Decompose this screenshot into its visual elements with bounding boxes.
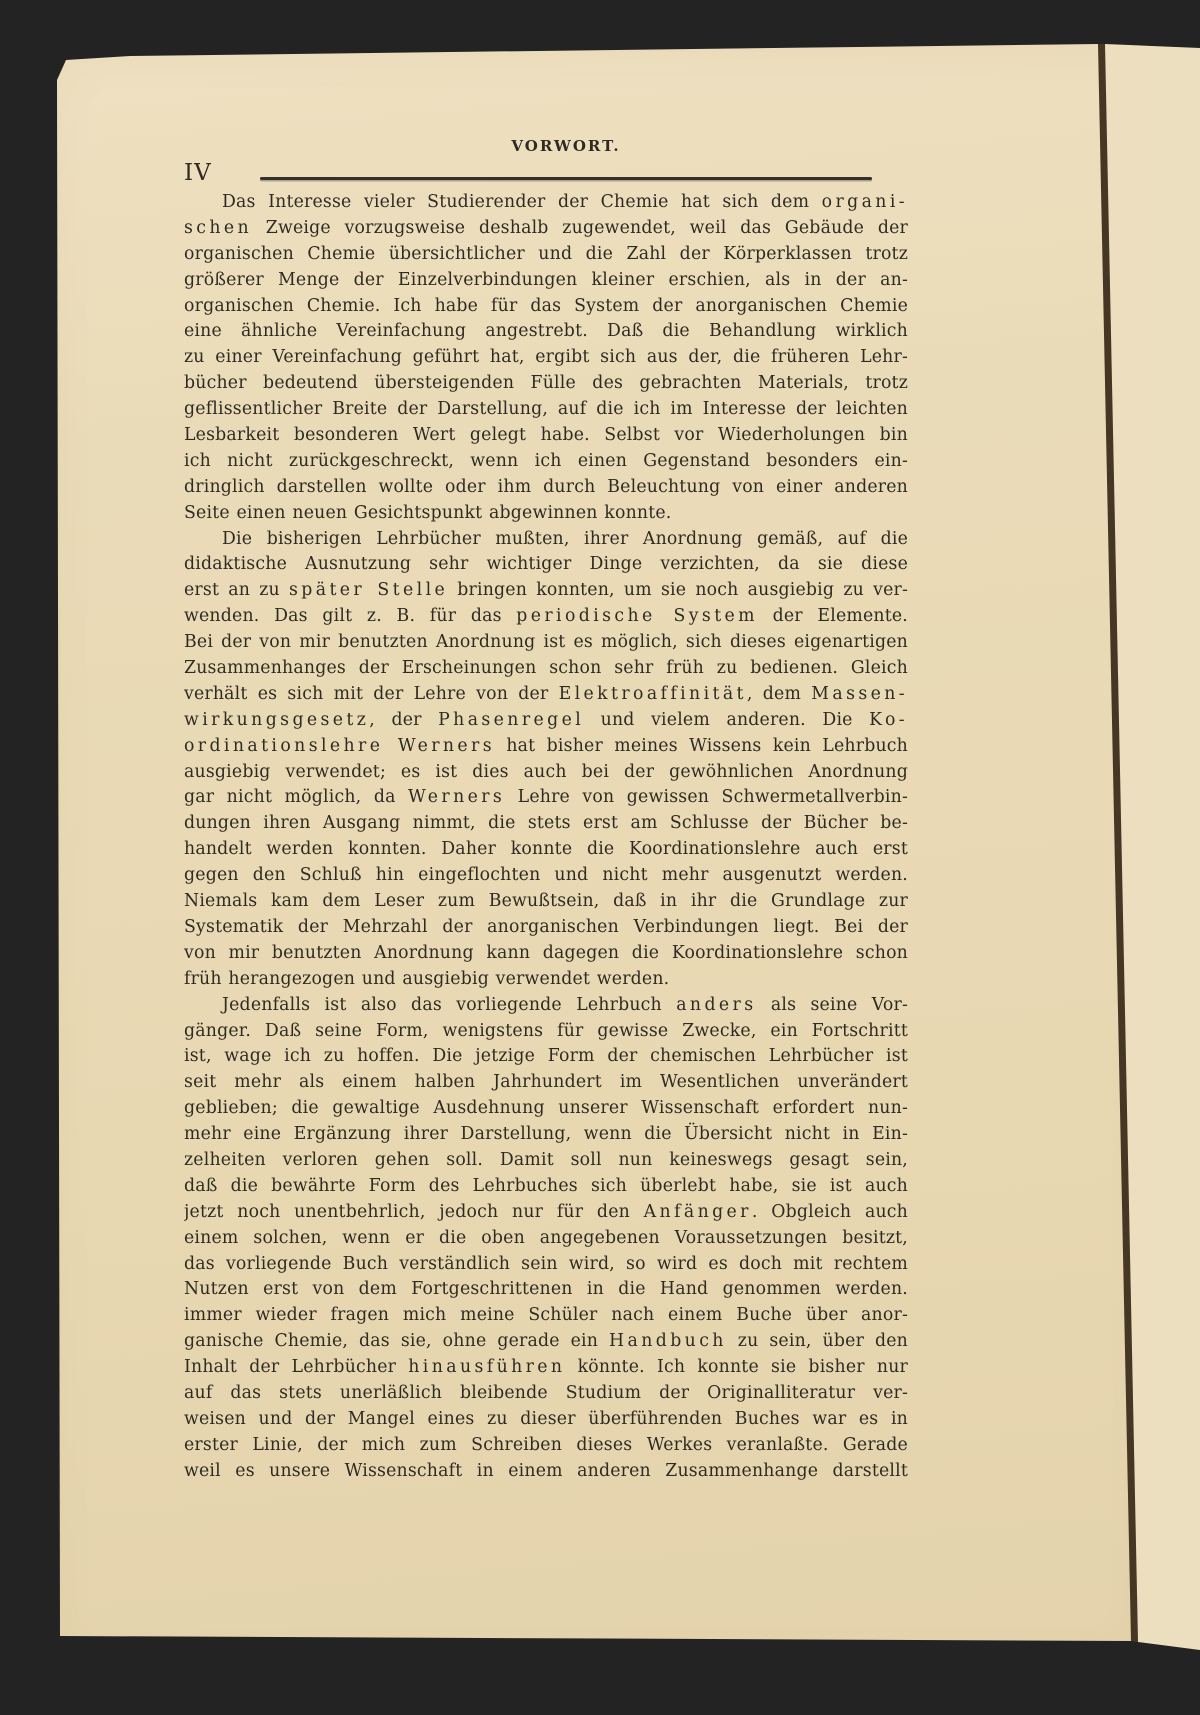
text-segment: weil es unsere Wissenschaft in einem and… xyxy=(184,1461,908,1481)
text-line: daß die bewährte Form des Lehrbuches sic… xyxy=(184,1174,908,1200)
text-line: Niemals kam dem Leser zum Bewußtsein, da… xyxy=(184,889,908,915)
text-segment: Systematik der Mehrzahl der anorganische… xyxy=(184,917,908,937)
text-segment: daß die bewährte Form des Lehrbuches sic… xyxy=(184,1176,908,1196)
text-segment: gänger. Daß seine Form, wenigstens für g… xyxy=(184,1021,908,1041)
text-segment: Zusammenhanges der Erscheinungen schon s… xyxy=(184,658,908,678)
text-segment: dungen ihren Ausgang nimmt, die stets er… xyxy=(184,813,908,833)
text-line: Jedenfalls ist also das vorliegende Lehr… xyxy=(184,993,908,1019)
text-segment: Bei der von mir benutzten Anordnung ist … xyxy=(184,632,908,652)
text-segment: geblieben; die gewaltige Ausdehnung unse… xyxy=(184,1098,908,1118)
text-segment: als seine Vor- xyxy=(757,995,909,1015)
text-line: seit mehr als einem halben Jahrhundert i… xyxy=(184,1070,908,1096)
text-segment: erst an zu xyxy=(184,580,289,600)
letterspaced-text: anders xyxy=(676,995,756,1015)
text-segment: der Elemente. xyxy=(758,606,908,626)
text-segment: ausgiebig verwendet; es ist dies auch be… xyxy=(184,762,908,782)
text-line: Die bisherigen Lehrbücher mußten, ihrer … xyxy=(184,527,908,553)
text-segment: Nutzen erst von dem Fortgeschrittenen in… xyxy=(184,1279,908,1299)
running-title: VORWORT. xyxy=(260,137,872,155)
page-number: IV xyxy=(184,160,212,186)
text-segment: zelheiten verloren gehen soll. Damit sol… xyxy=(184,1150,908,1170)
text-line: jetzt noch unentbehrlich, jedoch nur für… xyxy=(184,1200,908,1226)
text-segment: Die bisherigen Lehrbücher mußten, ihrer … xyxy=(222,529,908,549)
text-segment: Jedenfalls ist also das vorliegende Lehr… xyxy=(222,995,676,1015)
text-line: organischen Chemie. Ich habe für das Sys… xyxy=(184,294,908,320)
text-line: dungen ihren Ausgang nimmt, die stets er… xyxy=(184,811,908,837)
text-segment: eine ähnliche Vereinfachung angestrebt. … xyxy=(184,321,908,341)
text-segment: früh herangezogen und ausgiebig verwende… xyxy=(184,969,669,989)
letterspaced-text: Werners xyxy=(408,787,505,807)
text-segment: Niemals kam dem Leser zum Bewußtsein, da… xyxy=(184,891,908,911)
text-line: früh herangezogen und ausgiebig verwende… xyxy=(184,967,908,993)
letterspaced-text: wirkungsgesetz xyxy=(184,710,369,730)
paragraph: Das Interesse vieler Studierender der Ch… xyxy=(184,190,908,527)
text-segment: mehr eine Ergänzung ihrer Darstellung, w… xyxy=(184,1124,908,1144)
text-line: bücher bedeutend übersteigenden Fülle de… xyxy=(184,371,908,397)
text-line: Nutzen erst von dem Fortgeschrittenen in… xyxy=(184,1277,908,1303)
text-line: verhält es sich mit der Lehre von der El… xyxy=(184,682,908,708)
text-line: Lesbarkeit besonderen Wert gelegt habe. … xyxy=(184,423,908,449)
text-segment: Seite einen neuen Gesichtspunkt abgewinn… xyxy=(184,503,672,523)
text-line: größerer Menge der Einzelverbindungen kl… xyxy=(184,268,908,294)
book-page: IV VORWORT. Das Interesse vieler Studier… xyxy=(0,0,1200,1715)
text-segment: organischen Chemie. Ich habe für das Sys… xyxy=(184,296,908,316)
letterspaced-text: Handbuch xyxy=(609,1331,727,1351)
text-line: organischen Chemie übersichtlicher und d… xyxy=(184,242,908,268)
text-line: erst an zu später Stelle bringen konnten… xyxy=(184,578,908,604)
text-segment: , der xyxy=(369,710,438,730)
letterspaced-text: ordinationslehre Werners xyxy=(184,736,495,756)
text-line: schen Zweige vorzugsweise deshalb zugewe… xyxy=(184,216,908,242)
text-segment: auf das stets unerläßlich bleibende Stud… xyxy=(184,1383,908,1403)
letterspaced-text: später Stelle xyxy=(289,580,448,600)
text-line: ganische Chemie, das sie, ohne gerade ei… xyxy=(184,1329,908,1355)
text-line: immer wieder fragen mich meine Schüler n… xyxy=(184,1303,908,1329)
text-line: Seite einen neuen Gesichtspunkt abgewinn… xyxy=(184,501,908,527)
text-line: wenden. Das gilt z. B. für das periodisc… xyxy=(184,604,908,630)
text-segment: Lehre von gewissen Schwermetallverbin- xyxy=(505,787,908,807)
text-segment: gar nicht möglich, da xyxy=(184,787,408,807)
text-line: ist, wage ich zu hoffen. Die jetzige For… xyxy=(184,1044,908,1070)
letterspaced-text: hinausführen xyxy=(408,1357,565,1377)
letterspaced-text: organi- xyxy=(822,192,908,212)
letterspaced-text: schen xyxy=(184,218,252,238)
text-line: gar nicht möglich, da Werners Lehre von … xyxy=(184,785,908,811)
text-line: weil es unsere Wissenschaft in einem and… xyxy=(184,1459,908,1485)
text-line: erster Linie, der mich zum Schreiben die… xyxy=(184,1433,908,1459)
text-segment: erster Linie, der mich zum Schreiben die… xyxy=(184,1435,908,1455)
text-segment: ganische Chemie, das sie, ohne gerade ei… xyxy=(184,1331,609,1351)
text-line: Zusammenhanges der Erscheinungen schon s… xyxy=(184,656,908,682)
text-segment: das vorliegende Buch verständlich sein w… xyxy=(184,1254,908,1274)
text-line: didaktische Ausnutzung sehr wichtiger Di… xyxy=(184,552,908,578)
paragraph: Die bisherigen Lehrbücher mußten, ihrer … xyxy=(184,527,908,993)
text-line: handelt werden konnten. Daher konnte die… xyxy=(184,837,908,863)
text-segment: könnte. Ich konnte sie bisher nur xyxy=(565,1357,908,1377)
text-line: einem solchen, wenn er die oben angegebe… xyxy=(184,1226,908,1252)
text-line: von mir benutzten Anordnung kann dagegen… xyxy=(184,941,908,967)
text-line: Inhalt der Lehrbücher hinausführen könnt… xyxy=(184,1355,908,1381)
text-segment: gegen den Schluß hin eingeflochten und n… xyxy=(184,865,908,885)
letterspaced-text: Massen- xyxy=(811,684,908,704)
text-segment: jetzt noch unentbehrlich, jedoch nur für… xyxy=(184,1202,644,1222)
text-line: gänger. Daß seine Form, wenigstens für g… xyxy=(184,1019,908,1045)
text-segment: ist, wage ich zu hoffen. Die jetzige For… xyxy=(184,1046,908,1066)
text-line: weisen und der Mangel eines zu dieser üb… xyxy=(184,1407,908,1433)
scanned-book-photo: IV VORWORT. Das Interesse vieler Studier… xyxy=(0,0,1200,1715)
text-line: das vorliegende Buch verständlich sein w… xyxy=(184,1252,908,1278)
text-line: zu einer Vereinfachung geführt hat, ergi… xyxy=(184,345,908,371)
letterspaced-text: Phasenregel xyxy=(438,710,584,730)
text-line: mehr eine Ergänzung ihrer Darstellung, w… xyxy=(184,1122,908,1148)
text-column: Das Interesse vieler Studierender der Ch… xyxy=(184,190,908,1485)
text-segment: Lesbarkeit besonderen Wert gelegt habe. … xyxy=(184,425,908,445)
letterspaced-text: Anfänger xyxy=(644,1202,752,1222)
text-line: geblieben; die gewaltige Ausdehnung unse… xyxy=(184,1096,908,1122)
text-line: wirkungsgesetz, der Phasenregel und viel… xyxy=(184,708,908,734)
text-segment: didaktische Ausnutzung sehr wichtiger Di… xyxy=(184,554,908,574)
letterspaced-text: periodische System xyxy=(516,606,758,626)
letterspaced-text: Ko- xyxy=(869,710,908,730)
text-segment: zu sein, über den xyxy=(727,1331,908,1351)
text-segment: dringlich darstellen wollte oder ihm dur… xyxy=(184,477,908,497)
text-segment: organischen Chemie übersichtlicher und d… xyxy=(184,244,908,264)
text-segment: zu einer Vereinfachung geführt hat, ergi… xyxy=(184,347,908,367)
text-line: ich nicht zurückgeschreckt, wenn ich ein… xyxy=(184,449,908,475)
text-segment: hat bisher meines Wissens kein Lehrbuch xyxy=(495,736,908,756)
text-line: Bei der von mir benutzten Anordnung ist … xyxy=(184,630,908,656)
text-segment: einem solchen, wenn er die oben angegebe… xyxy=(184,1228,908,1248)
text-line: dringlich darstellen wollte oder ihm dur… xyxy=(184,475,908,501)
header-rule xyxy=(260,177,872,180)
text-line: ausgiebig verwendet; es ist dies auch be… xyxy=(184,760,908,786)
text-segment: immer wieder fragen mich meine Schüler n… xyxy=(184,1305,908,1325)
text-segment: verhält es sich mit der Lehre von der xyxy=(184,684,559,704)
text-segment: . Obgleich auch xyxy=(752,1202,908,1222)
paragraph: Jedenfalls ist also das vorliegende Lehr… xyxy=(184,993,908,1485)
text-segment: wenden. Das gilt z. B. für das xyxy=(184,606,516,626)
text-segment: geflissentlicher Breite der Darstellung,… xyxy=(184,399,908,419)
text-segment: Zweige vorzugsweise deshalb zugewendet, … xyxy=(252,218,908,238)
text-segment: ich nicht zurückgeschreckt, wenn ich ein… xyxy=(184,451,908,471)
text-line: auf das stets unerläßlich bleibende Stud… xyxy=(184,1381,908,1407)
text-segment: Inhalt der Lehrbücher xyxy=(184,1357,408,1377)
text-line: gegen den Schluß hin eingeflochten und n… xyxy=(184,863,908,889)
text-segment: seit mehr als einem halben Jahrhundert i… xyxy=(184,1072,908,1092)
letterspaced-text: Elektroaffinität xyxy=(559,684,747,704)
text-segment: weisen und der Mangel eines zu dieser üb… xyxy=(184,1409,908,1429)
text-segment: und vielem anderen. Die xyxy=(584,710,869,730)
text-line: geflissentlicher Breite der Darstellung,… xyxy=(184,397,908,423)
text-segment: Das Interesse vieler Studierender der Ch… xyxy=(222,192,822,212)
text-line: zelheiten verloren gehen soll. Damit sol… xyxy=(184,1148,908,1174)
text-segment: von mir benutzten Anordnung kann dagegen… xyxy=(184,943,908,963)
text-line: Das Interesse vieler Studierender der Ch… xyxy=(184,190,908,216)
text-segment: , dem xyxy=(747,684,811,704)
text-line: Systematik der Mehrzahl der anorganische… xyxy=(184,915,908,941)
text-line: eine ähnliche Vereinfachung angestrebt. … xyxy=(184,319,908,345)
text-segment: bringen konnten, um sie noch ausgiebig z… xyxy=(448,580,908,600)
text-line: ordinationslehre Werners hat bisher mein… xyxy=(184,734,908,760)
text-segment: größerer Menge der Einzelverbindungen kl… xyxy=(184,270,908,290)
text-segment: handelt werden konnten. Daher konnte die… xyxy=(184,839,908,859)
text-segment: bücher bedeutend übersteigenden Fülle de… xyxy=(184,373,908,393)
